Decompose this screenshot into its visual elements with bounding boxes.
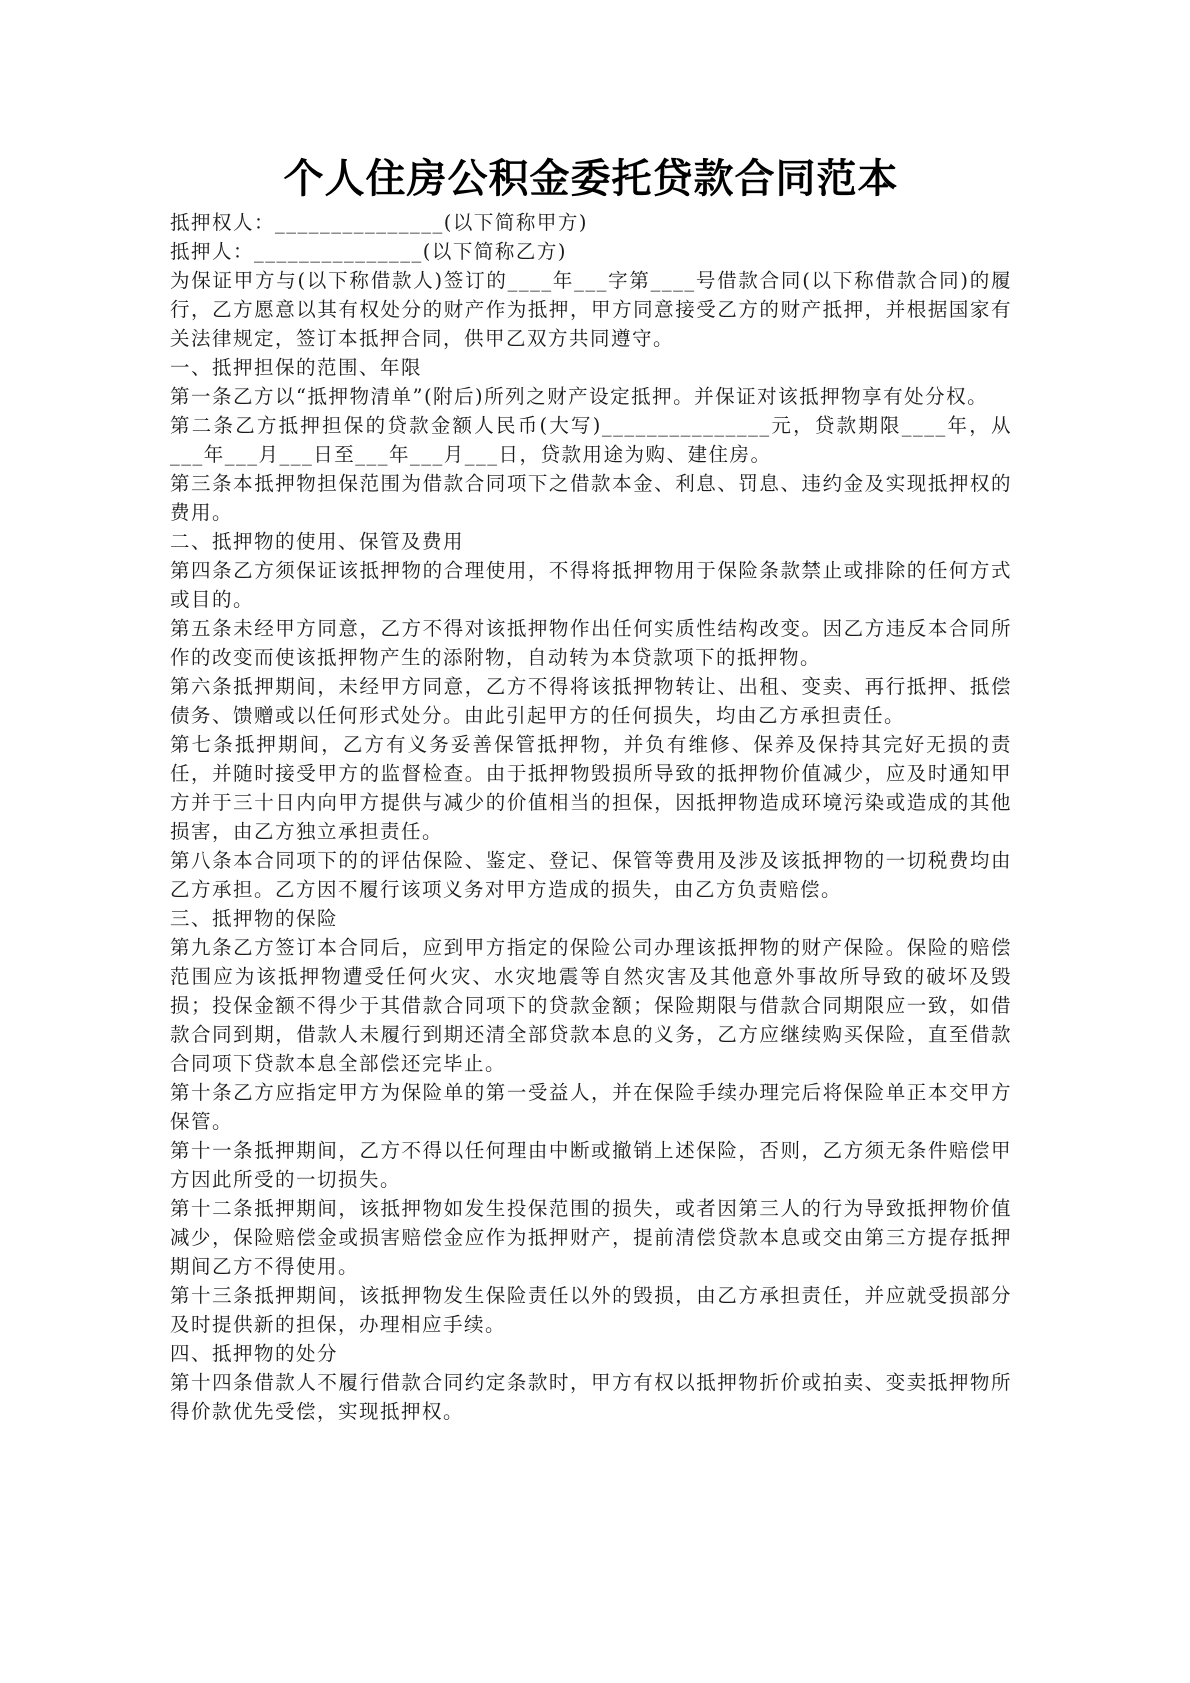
article-12: 第十二条抵押期间，该抵押物如发生投保范围的损失，或者因第三人的行为导致抵押物价值…	[170, 1194, 1012, 1281]
article-8: 第八条本合同项下的的评估保险、鉴定、登记、保管等费用及涉及该抵押物的一切税费均由…	[170, 846, 1012, 904]
article-9: 第九条乙方签订本合同后，应到甲方指定的保险公司办理该抵押物的财产保险。保险的赔偿…	[170, 933, 1012, 1078]
article-2: 第二条乙方抵押担保的贷款金额人民币(大写)_______________元，贷款…	[170, 411, 1012, 469]
article-1: 第一条乙方以“抵押物清单”(附后)所列之财产设定抵押。并保证对该抵押物享有处分权…	[170, 382, 1012, 411]
article-4: 第四条乙方须保证该抵押物的合理使用，不得将抵押物用于保险条款禁止或排除的任何方式…	[170, 556, 1012, 614]
preamble-paragraph: 为保证甲方与(以下称借款人)签订的____年___字第____号借款合同(以下称…	[170, 266, 1012, 353]
article-10: 第十条乙方应指定甲方为保险单的第一受益人，并在保险手续办理完后将保险单正本交甲方…	[170, 1078, 1012, 1136]
article-6: 第六条抵押期间，未经甲方同意，乙方不得将该抵押物转让、出租、变卖、再行抵押、抵偿…	[170, 672, 1012, 730]
section-heading-2: 二、抵押物的使用、保管及费用	[170, 527, 1012, 556]
mortgagee-line: 抵押权人：_______________(以下简称甲方)	[170, 208, 1012, 237]
document-title: 个人住房公积金委托贷款合同范本	[170, 150, 1012, 208]
document-page: 个人住房公积金委托贷款合同范本 抵押权人：_______________(以下简…	[170, 150, 1012, 1426]
article-13: 第十三条抵押期间，该抵押物发生保险责任以外的毁损，由乙方承担责任，并应就受损部分…	[170, 1281, 1012, 1339]
section-heading-4: 四、抵押物的处分	[170, 1339, 1012, 1368]
article-5: 第五条未经甲方同意，乙方不得对该抵押物作出任何实质性结构改变。因乙方违反本合同所…	[170, 614, 1012, 672]
document-body: 抵押权人：_______________(以下简称甲方) 抵押人：_______…	[170, 208, 1012, 1426]
article-11: 第十一条抵押期间，乙方不得以任何理由中断或撤销上述保险，否则，乙方须无条件赔偿甲…	[170, 1136, 1012, 1194]
article-3: 第三条本抵押物担保范围为借款合同项下之借款本金、利息、罚息、违约金及实现抵押权的…	[170, 469, 1012, 527]
section-heading-3: 三、抵押物的保险	[170, 904, 1012, 933]
article-7: 第七条抵押期间，乙方有义务妥善保管抵押物，并负有维修、保养及保持其完好无损的责任…	[170, 730, 1012, 846]
mortgagor-line: 抵押人：_______________(以下简称乙方)	[170, 237, 1012, 266]
article-14: 第十四条借款人不履行借款合同约定条款时，甲方有权以抵押物折价或拍卖、变卖抵押物所…	[170, 1368, 1012, 1426]
section-heading-1: 一、抵押担保的范围、年限	[170, 353, 1012, 382]
